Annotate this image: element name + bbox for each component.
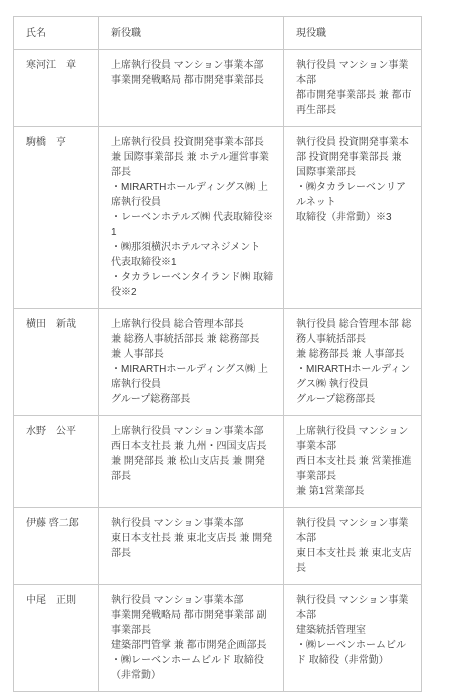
column-header-current-position: 現役職 (284, 17, 422, 50)
header-row: 氏名 新役職 現役職 (14, 17, 422, 50)
current-position-cell: 執行役員 マンション事業本部 都市開発事業部長 兼 都市再生部長 (284, 50, 422, 127)
table-row: 水野 公平 上席執行役員 マンション事業本部 西日本支社長 兼 九州・四国支店長… (14, 416, 422, 508)
current-position-cell: 上席執行役員 マンション事業本部 西日本支社長 兼 営業推進事業部長 兼 第1営… (284, 416, 422, 508)
new-position-cell: 執行役員 マンション事業本部 東日本支社長 兼 東北支店長 兼 開発部長 (99, 508, 284, 585)
new-position-cell: 執行役員 マンション事業本部 事業開発戦略局 都市開発事業部 副事業部長 建築部… (99, 585, 284, 692)
column-header-name: 氏名 (14, 17, 99, 50)
page: 氏名 新役職 現役職 寒河江 章 上席執行役員 マンション事業本部 事業開発戦略… (0, 16, 459, 656)
new-position-cell: 上席執行役員 総合管理本部長 兼 総務人事統括部長 兼 総務部長 兼 人事部長 … (99, 309, 284, 416)
personnel-change-table: 氏名 新役職 現役職 寒河江 章 上席執行役員 マンション事業本部 事業開発戦略… (13, 16, 422, 692)
table-row: 中尾 正則 執行役員 マンション事業本部 事業開発戦略局 都市開発事業部 副事業… (14, 585, 422, 692)
new-position-cell: 上席執行役員 マンション事業本部 西日本支社長 兼 九州・四国支店長 兼 開発部… (99, 416, 284, 508)
current-position-cell: 執行役員 総合管理本部 総務人事統括部長 兼 総務部長 兼 人事部長 ・MIRA… (284, 309, 422, 416)
name-cell: 寒河江 章 (14, 50, 99, 127)
current-position-cell: 執行役員 マンション事業本部 建築統括管理室 ・㈱レーベンホームビルド 取締役（… (284, 585, 422, 692)
table-row: 寒河江 章 上席執行役員 マンション事業本部 事業開発戦略局 都市開発事業部長 … (14, 50, 422, 127)
current-position-cell: 執行役員 投資開発事業本部 投資開発事業部長 兼 国際事業部長 ・㈱タカラレーベ… (284, 127, 422, 309)
name-cell: 伊藤 啓二郎 (14, 508, 99, 585)
name-cell: 横田 新哉 (14, 309, 99, 416)
name-cell: 水野 公平 (14, 416, 99, 508)
column-header-new-position: 新役職 (99, 17, 284, 50)
name-cell: 駒橋 亨 (14, 127, 99, 309)
table-row: 伊藤 啓二郎 執行役員 マンション事業本部 東日本支社長 兼 東北支店長 兼 開… (14, 508, 422, 585)
table-row: 横田 新哉 上席執行役員 総合管理本部長 兼 総務人事統括部長 兼 総務部長 兼… (14, 309, 422, 416)
new-position-cell: 上席執行役員 投資開発事業本部長 兼 国際事業部長 兼 ホテル運営事業部長 ・M… (99, 127, 284, 309)
current-position-cell: 執行役員 マンション事業本部 東日本支社長 兼 東北支店長 (284, 508, 422, 585)
name-cell: 中尾 正則 (14, 585, 99, 692)
table-row: 駒橋 亨 上席執行役員 投資開発事業本部長 兼 国際事業部長 兼 ホテル運営事業… (14, 127, 422, 309)
new-position-cell: 上席執行役員 マンション事業本部 事業開発戦略局 都市開発事業部長 (99, 50, 284, 127)
